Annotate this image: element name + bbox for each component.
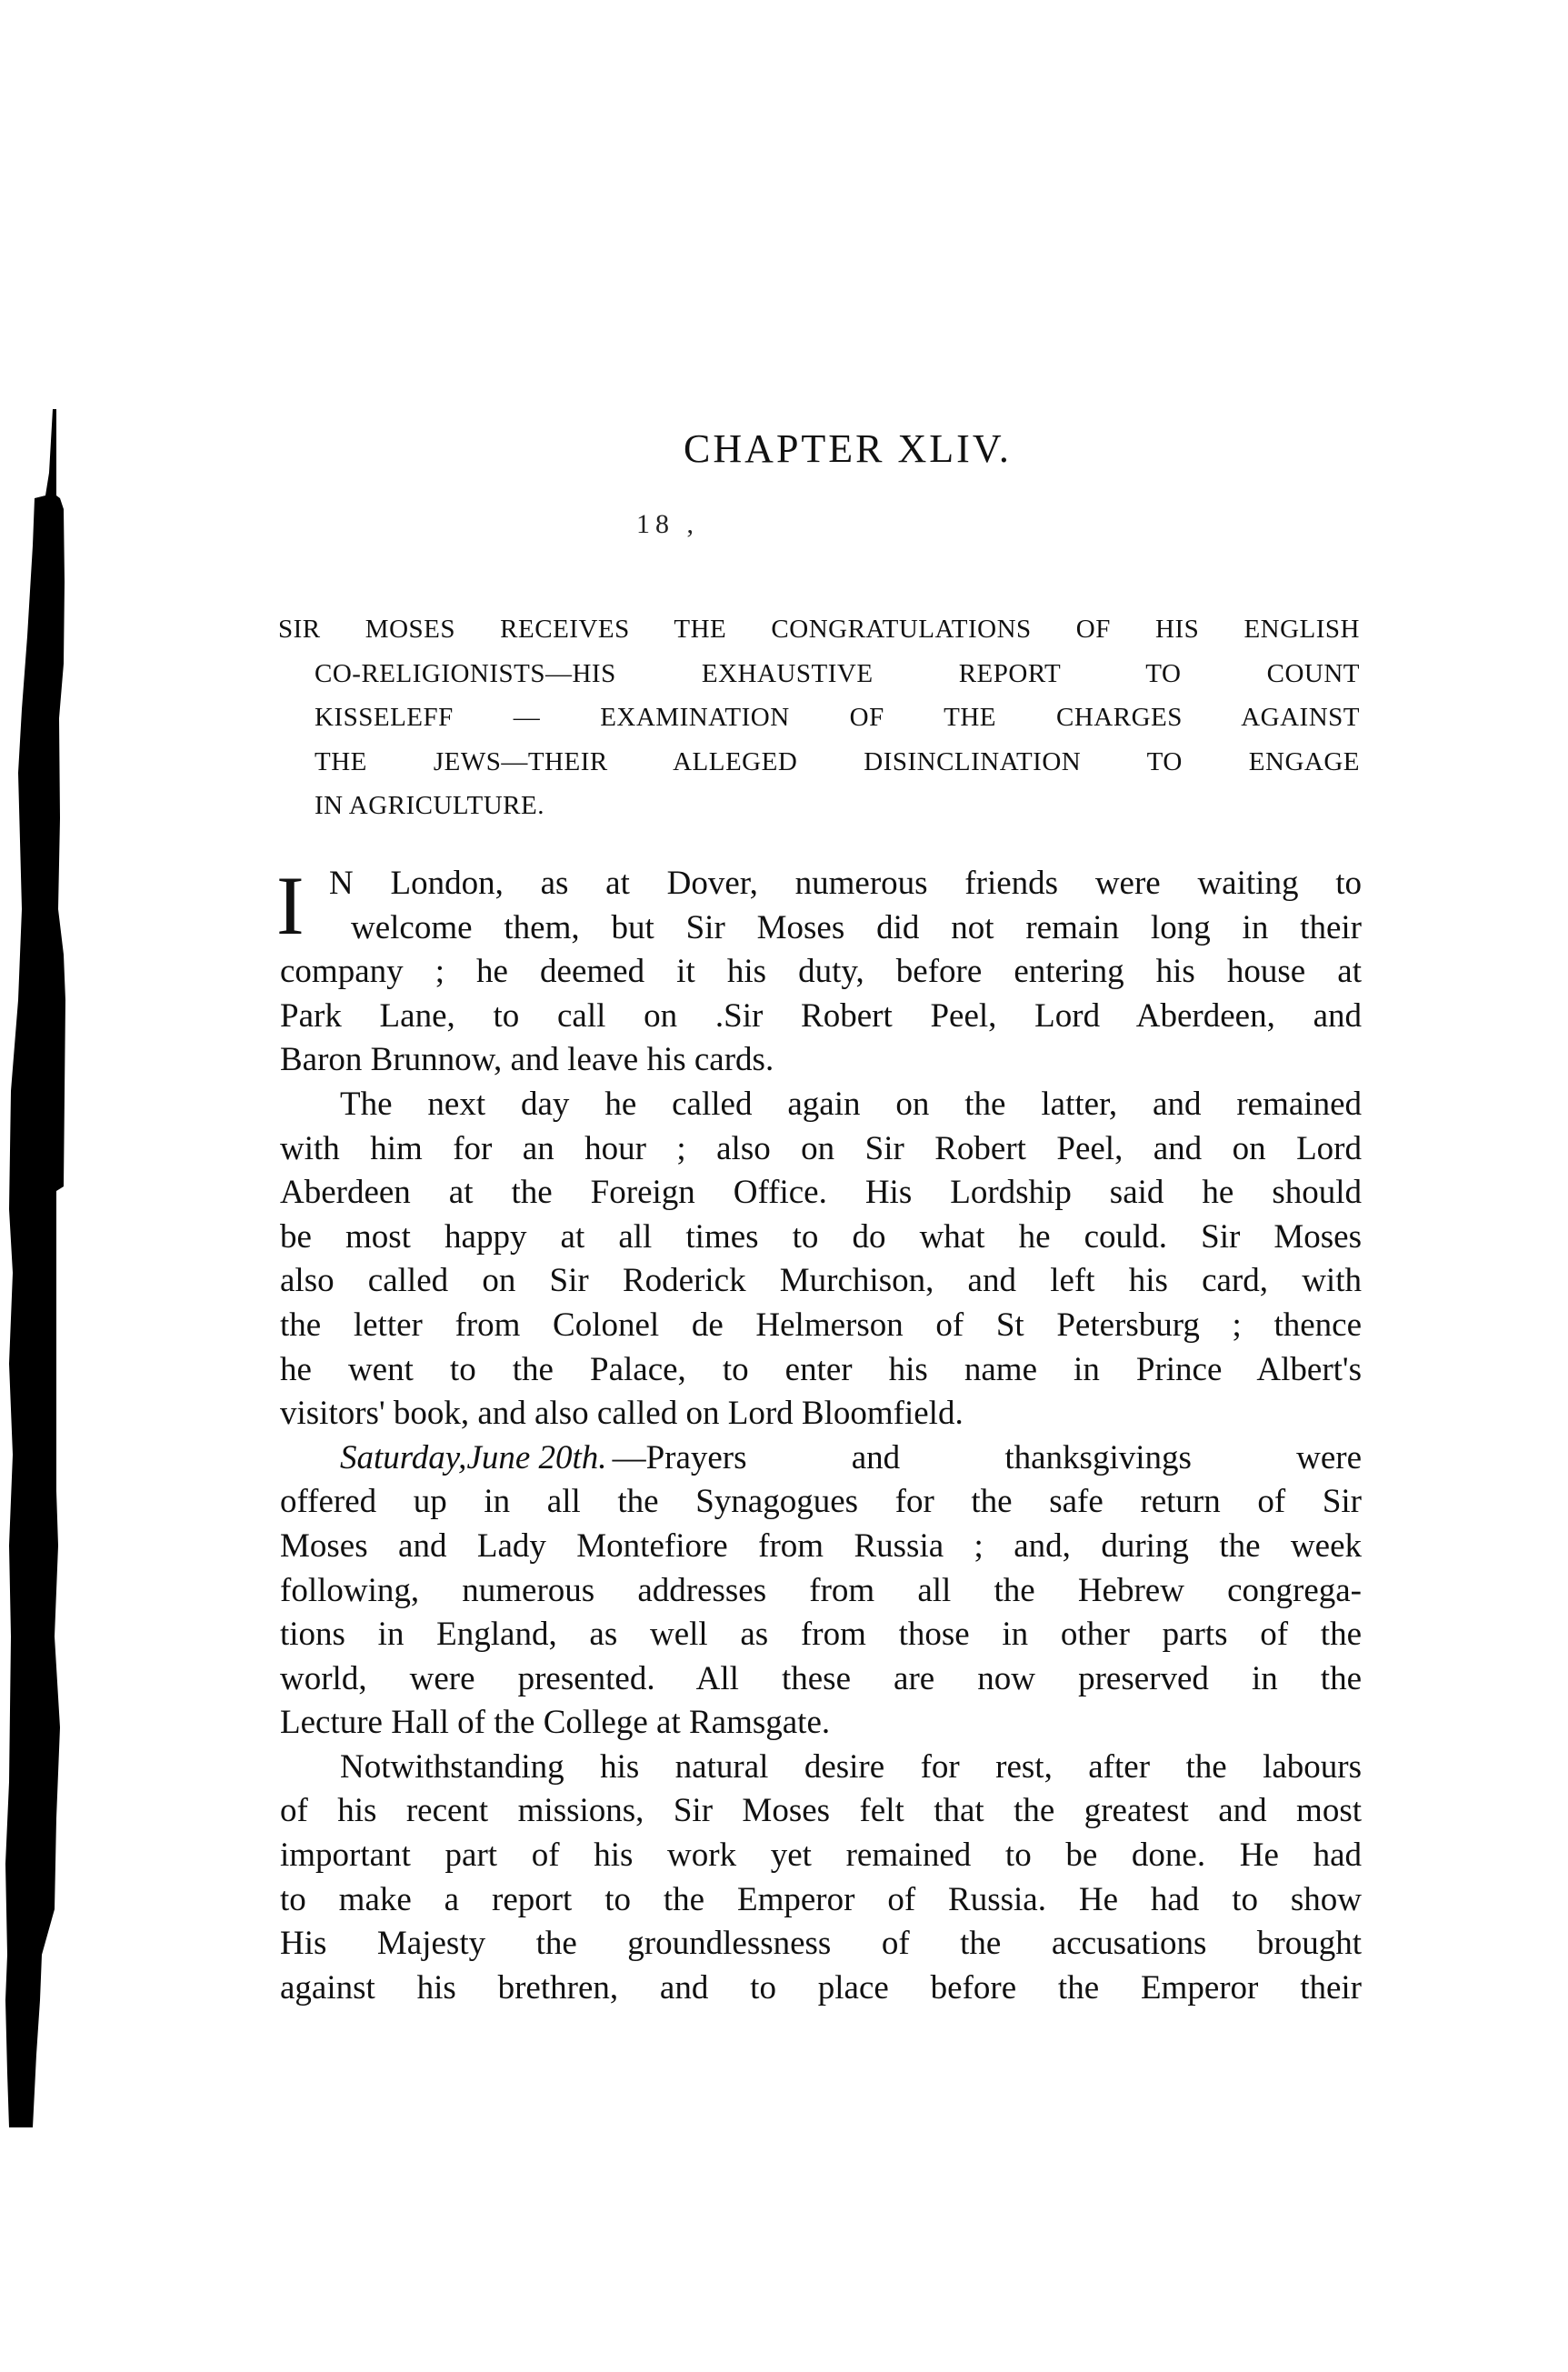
text-line: company ; he deemed it his duty, before … [280, 950, 1362, 995]
chapter-title: CHAPTER XLIV. [0, 425, 1568, 472]
page-marker: 18 , [636, 509, 699, 540]
text-line: Lecture Hall of the College at Ramsgate. [280, 1701, 1362, 1746]
text-line-dated: Saturday, June 20th. —Prayers and thanks… [280, 1436, 1362, 1481]
text-line: important part of his work yet remained … [280, 1834, 1362, 1878]
text-line: with him for an hour ; also on Sir Rober… [280, 1127, 1362, 1172]
text-line: world, were presented. All these are now… [280, 1657, 1362, 1702]
text-line: Moses and Lady Montefiore from Russia ; … [280, 1525, 1362, 1569]
text-fragment: —Prayers and thanksgivings were [607, 1436, 1362, 1481]
text-line: he went to the Palace, to enter his name… [280, 1348, 1362, 1393]
text-line: Park Lane, to call on .Sir Robert Peel, … [280, 995, 1362, 1039]
text-line: be most happy at all times to do what he… [280, 1216, 1362, 1260]
text-line: The next day he called again on the latt… [280, 1083, 1362, 1127]
synopsis-line: KISSELEFF — EXAMINATION OF THE CHARGES A… [278, 696, 1360, 740]
text-line: of his recent missions, Sir Moses felt t… [280, 1789, 1362, 1834]
text-line: N London, as at Dover, numerous friends … [280, 862, 1362, 906]
text-line: also called on Sir Roderick Murchison, a… [280, 1259, 1362, 1304]
text-line: welcome them, but Sir Moses did not rema… [280, 906, 1362, 951]
text-line: against his brethren, and to place befor… [280, 1967, 1362, 2011]
text-line: to make a report to the Emperor of Russi… [280, 1878, 1362, 1923]
italic-date: June 20th. [466, 1436, 606, 1481]
synopsis-line: CO-RELIGIONISTS—HIS EXHAUSTIVE REPORT TO… [278, 652, 1360, 696]
synopsis-line: SIR MOSES RECEIVES THE CONGRATULATIONS O… [278, 607, 1360, 652]
drop-cap: I [276, 864, 305, 947]
text-line: offered up in all the Synagogues for the… [280, 1480, 1362, 1525]
text-line: Notwithstanding his natural desire for r… [280, 1746, 1362, 1790]
text-line: tions in England, as well as from those … [280, 1613, 1362, 1657]
italic-day: Saturday, [340, 1436, 466, 1481]
body-text: I N London, as at Dover, numerous friend… [280, 862, 1362, 2010]
synopsis-line: THE JEWS—THEIR ALLEGED DISINCLINATION TO… [278, 740, 1360, 785]
text-line: Aberdeen at the Foreign Office. His Lord… [280, 1171, 1362, 1216]
text-line: visitors' book, and also called on Lord … [280, 1392, 1362, 1436]
text-line: Baron Brunnow, and leave his cards. [280, 1038, 1362, 1083]
text-line: the letter from Colonel de Helmerson of … [280, 1304, 1362, 1348]
text-line: following, numerous addresses from all t… [280, 1569, 1362, 1614]
chapter-synopsis: SIR MOSES RECEIVES THE CONGRATULATIONS O… [278, 607, 1360, 828]
text-line: His Majesty the groundlessness of the ac… [280, 1922, 1362, 1967]
scan-binding-edge [0, 0, 73, 2372]
synopsis-line: IN AGRICULTURE. [278, 784, 1360, 828]
